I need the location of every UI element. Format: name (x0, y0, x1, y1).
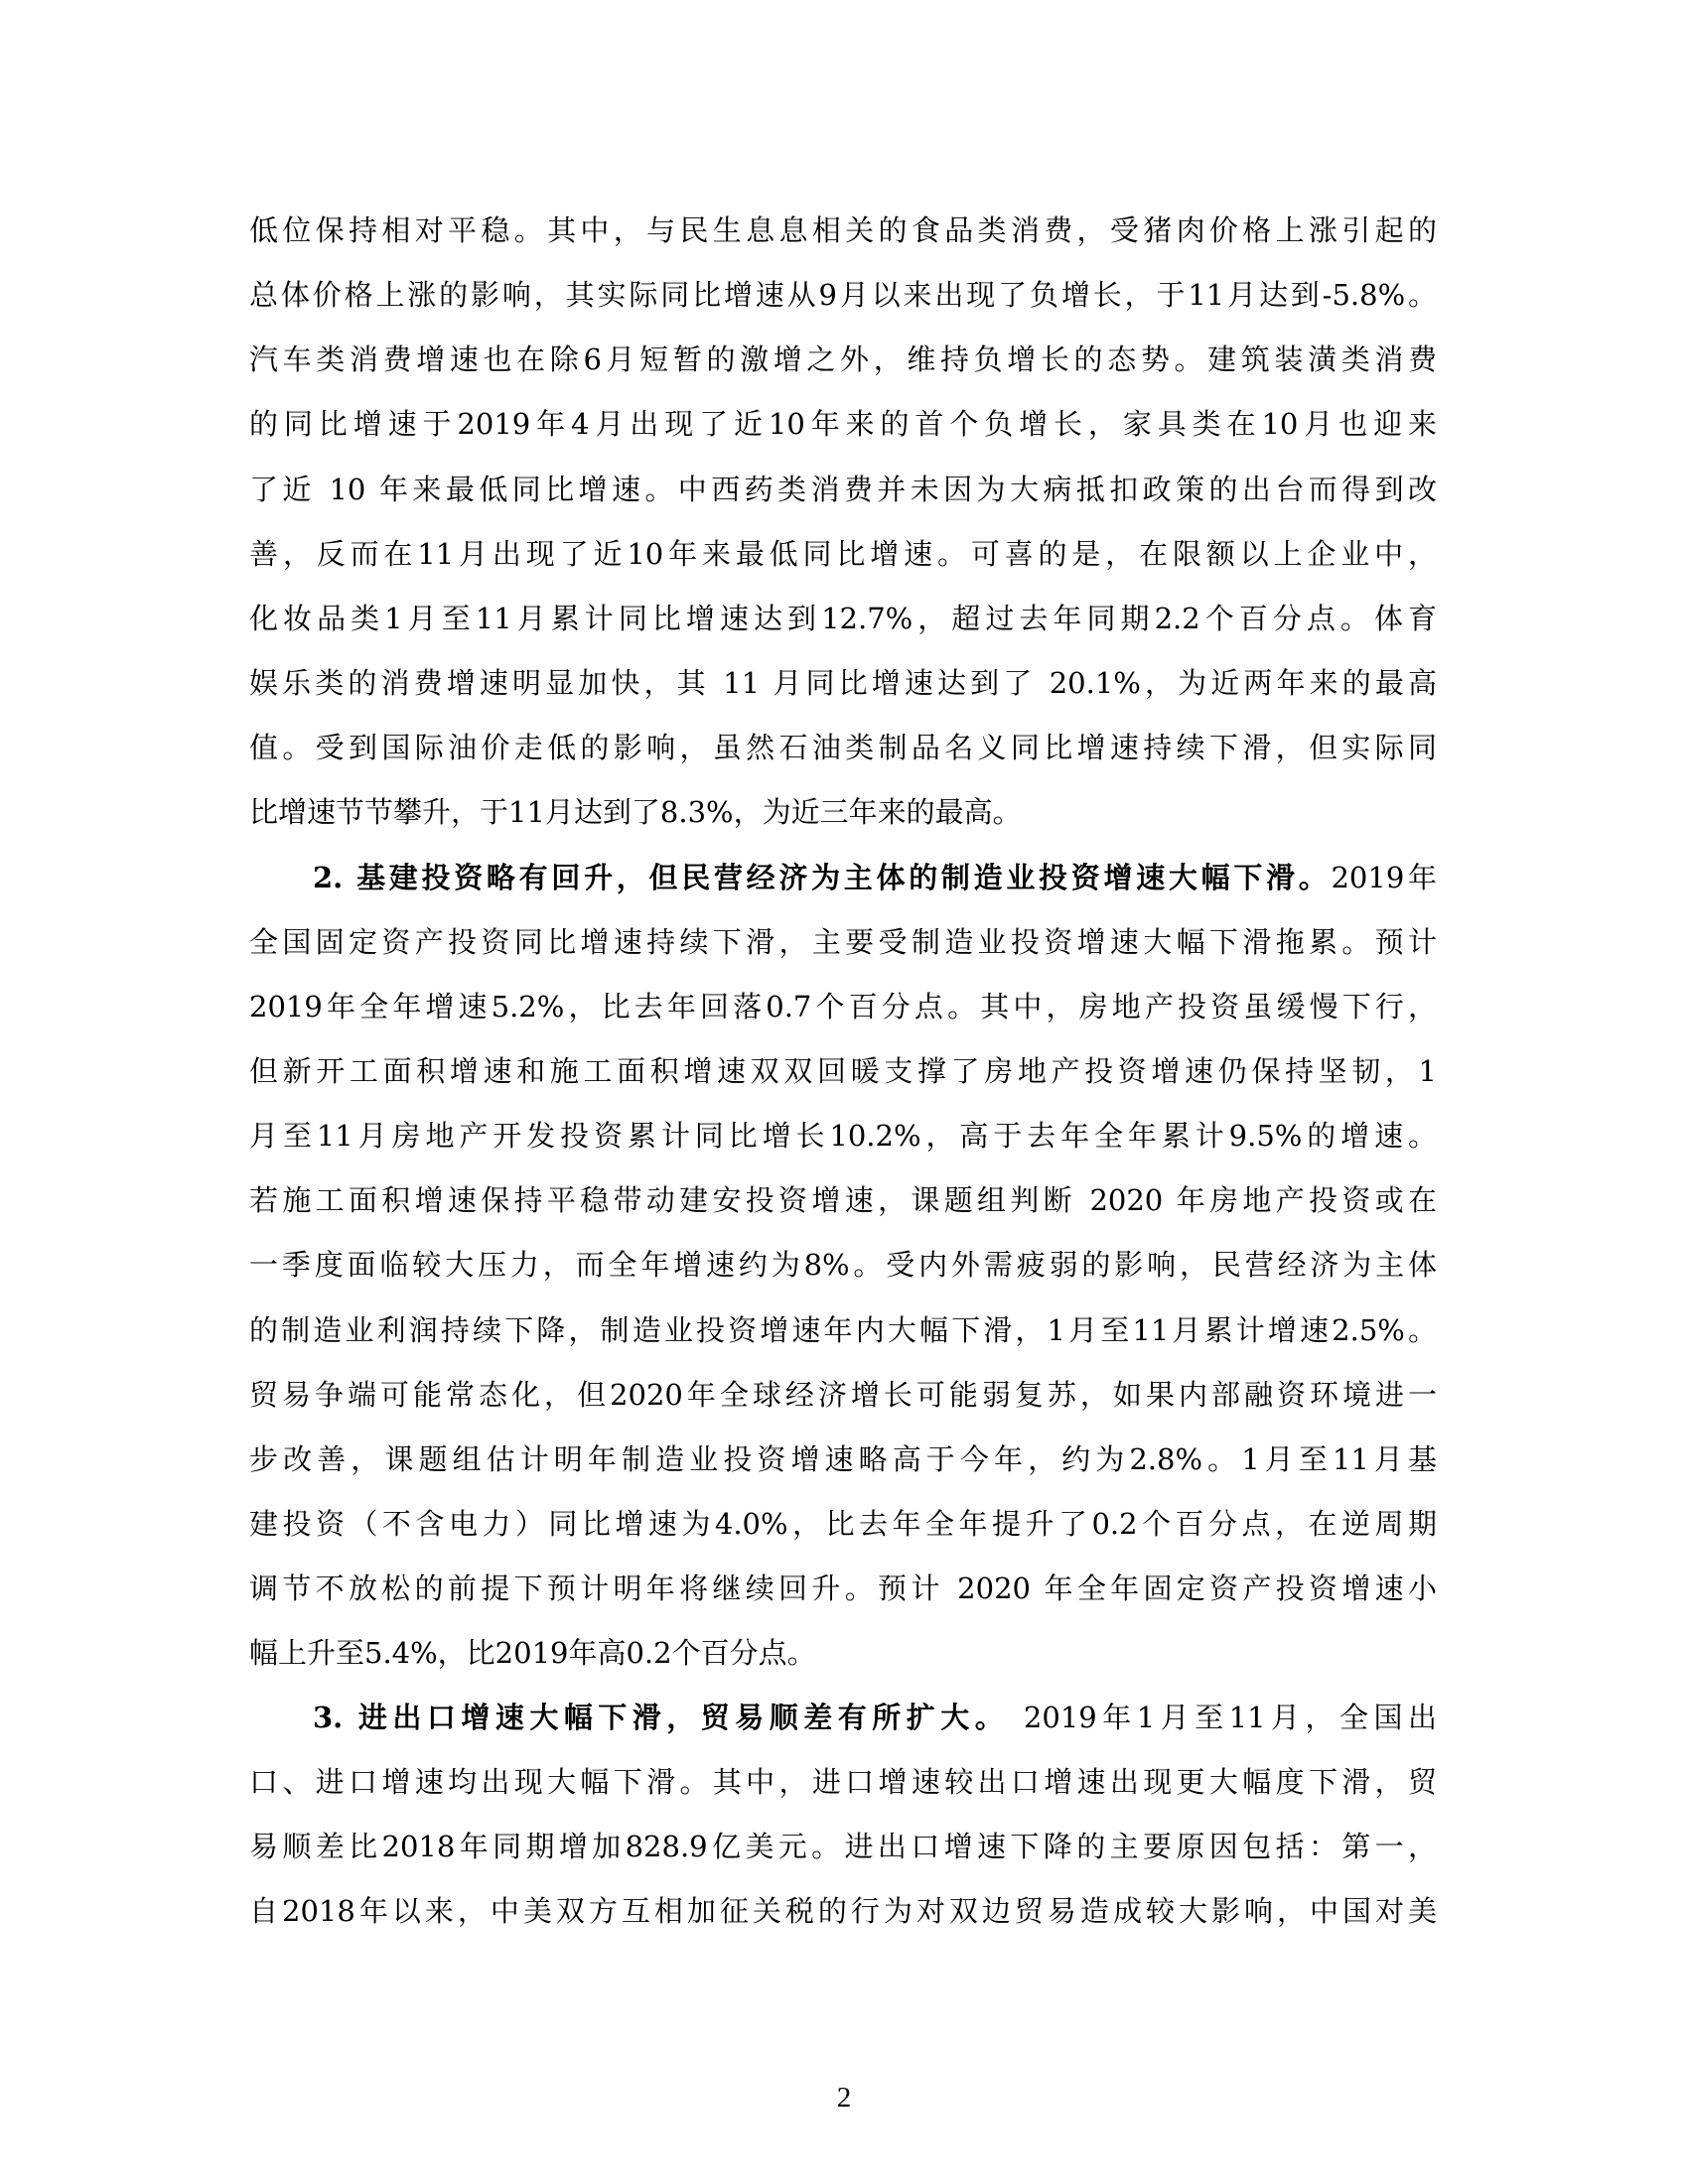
text-line: 调节不放松的前提下预计明年将继续回升。预计 2020 年全年固定资产投资增速小 (249, 1569, 1437, 1608)
text-line: 善，反而在11月出现了近10年来最低同比增速。可喜的是，在限额以上企业中， (249, 534, 1437, 574)
text-line: 自2018年以来，中美双方互相加征关税的行为对双边贸易造成较大影响，中国对美 (249, 1891, 1437, 1931)
text-line: 贸易争端可能常态化，但2020年全球经济增长可能弱复苏，如果内部融资环境进一 (249, 1375, 1437, 1415)
text-line: 但新开工面积增速和施工面积增速双双回暖支撑了房地产投资增速仍保持坚韧，1 (249, 1051, 1437, 1091)
text-line: 一季度面临较大压力，而全年增速约为8%。受内外需疲弱的影响，民营经济为主体 (249, 1245, 1437, 1285)
text-line: 化妆品类1月至11月累计同比增速达到12.7%，超过去年同期2.2个百分点。体育 (249, 599, 1437, 638)
text-line: 步改善，课题组估计明年制造业投资增速略高于今年，约为2.8%。1月至11月基 (249, 1439, 1437, 1479)
page-number: 2 (0, 2080, 1688, 2116)
section-first-line: 3. 进出口增速大幅下滑，贸易顺差有所扩大。 2019年1月至11月，全国出 (313, 1698, 1437, 1737)
text-line: 低位保持相对平稳。其中，与民生息息相关的食品类消费，受猪肉价格上涨引起的 (249, 210, 1437, 250)
text-line: 月至11月房地产开发投资累计同比增长10.2%，高于去年全年累计9.5%的增速。 (249, 1116, 1437, 1156)
text-line: 汽车类消费增速也在除6月短暂的激增之外，维持负增长的态势。建筑装潢类消费 (249, 340, 1437, 379)
text-line: 了近 10 年来最低同比增速。中西药类消费并未因为大病抵扣政策的出台而得到改 (249, 470, 1437, 509)
text-line: 全国固定资产投资同比增速持续下滑，主要受制造业投资增速大幅下滑拖累。预计 (249, 922, 1437, 962)
text-line: 比增速节节攀升，于11月达到了8.3%，为近三年来的最高。 (249, 792, 1437, 832)
section-heading: 3. 进出口增速大幅下滑，贸易顺差有所扩大。 (313, 1701, 1009, 1734)
section-heading: 2. 基建投资略有回升，但民营经济为主体的制造业投资增速大幅下滑。 (313, 861, 1331, 894)
text-line: 娱乐类的消费增速明显加快，其 11 月同比增速达到了 20.1%，为近两年来的最… (249, 663, 1437, 703)
text-line: 若施工面积增速保持平稳带动建安投资增速，课题组判断 2020 年房地产投资或在 (249, 1180, 1437, 1220)
text-line: 易顺差比2018年同期增加828.9亿美元。进出口增速下降的主要原因包括：第一， (249, 1827, 1437, 1866)
text-line: 值。受到国际油价走低的影响，虽然石油类制品名义同比增速持续下滑，但实际同 (249, 728, 1437, 767)
section-first-line: 2. 基建投资略有回升，但民营经济为主体的制造业投资增速大幅下滑。2019年 (313, 858, 1437, 897)
text-line: 总体价格上涨的影响，其实际同比增速从9月以来出现了负增长，于11月达到-5.8%… (249, 275, 1437, 315)
text-line: 的同比增速于2019年4月出现了近10年来的首个负增长，家具类在10月也迎来 (249, 404, 1437, 444)
text-line: 幅上升至5.4%，比2019年高0.2个百分点。 (249, 1633, 1437, 1673)
text-line: 建投资（不含电力）同比增速为4.0%，比去年全年提升了0.2个百分点，在逆周期 (249, 1504, 1437, 1544)
text-line: 的制造业利润持续下降，制造业投资增速年内大幅下滑，1月至11月累计增速2.5%。 (249, 1310, 1437, 1350)
heading-trailing-text: 2019年1月至11月，全国出 (1009, 1701, 1437, 1734)
text-line: 口、进口增速均出现大幅下滑。其中，进口增速较出口增速出现更大幅度下滑，贸 (249, 1762, 1437, 1802)
text-line: 2019年全年增速5.2%，比去年回落0.7个百分点。其中，房地产投资虽缓慢下行… (249, 987, 1437, 1026)
heading-trailing-text: 2019年 (1331, 861, 1437, 894)
document-page: 低位保持相对平稳。其中，与民生息息相关的食品类消费，受猪肉价格上涨引起的 总体价… (0, 0, 1688, 2184)
